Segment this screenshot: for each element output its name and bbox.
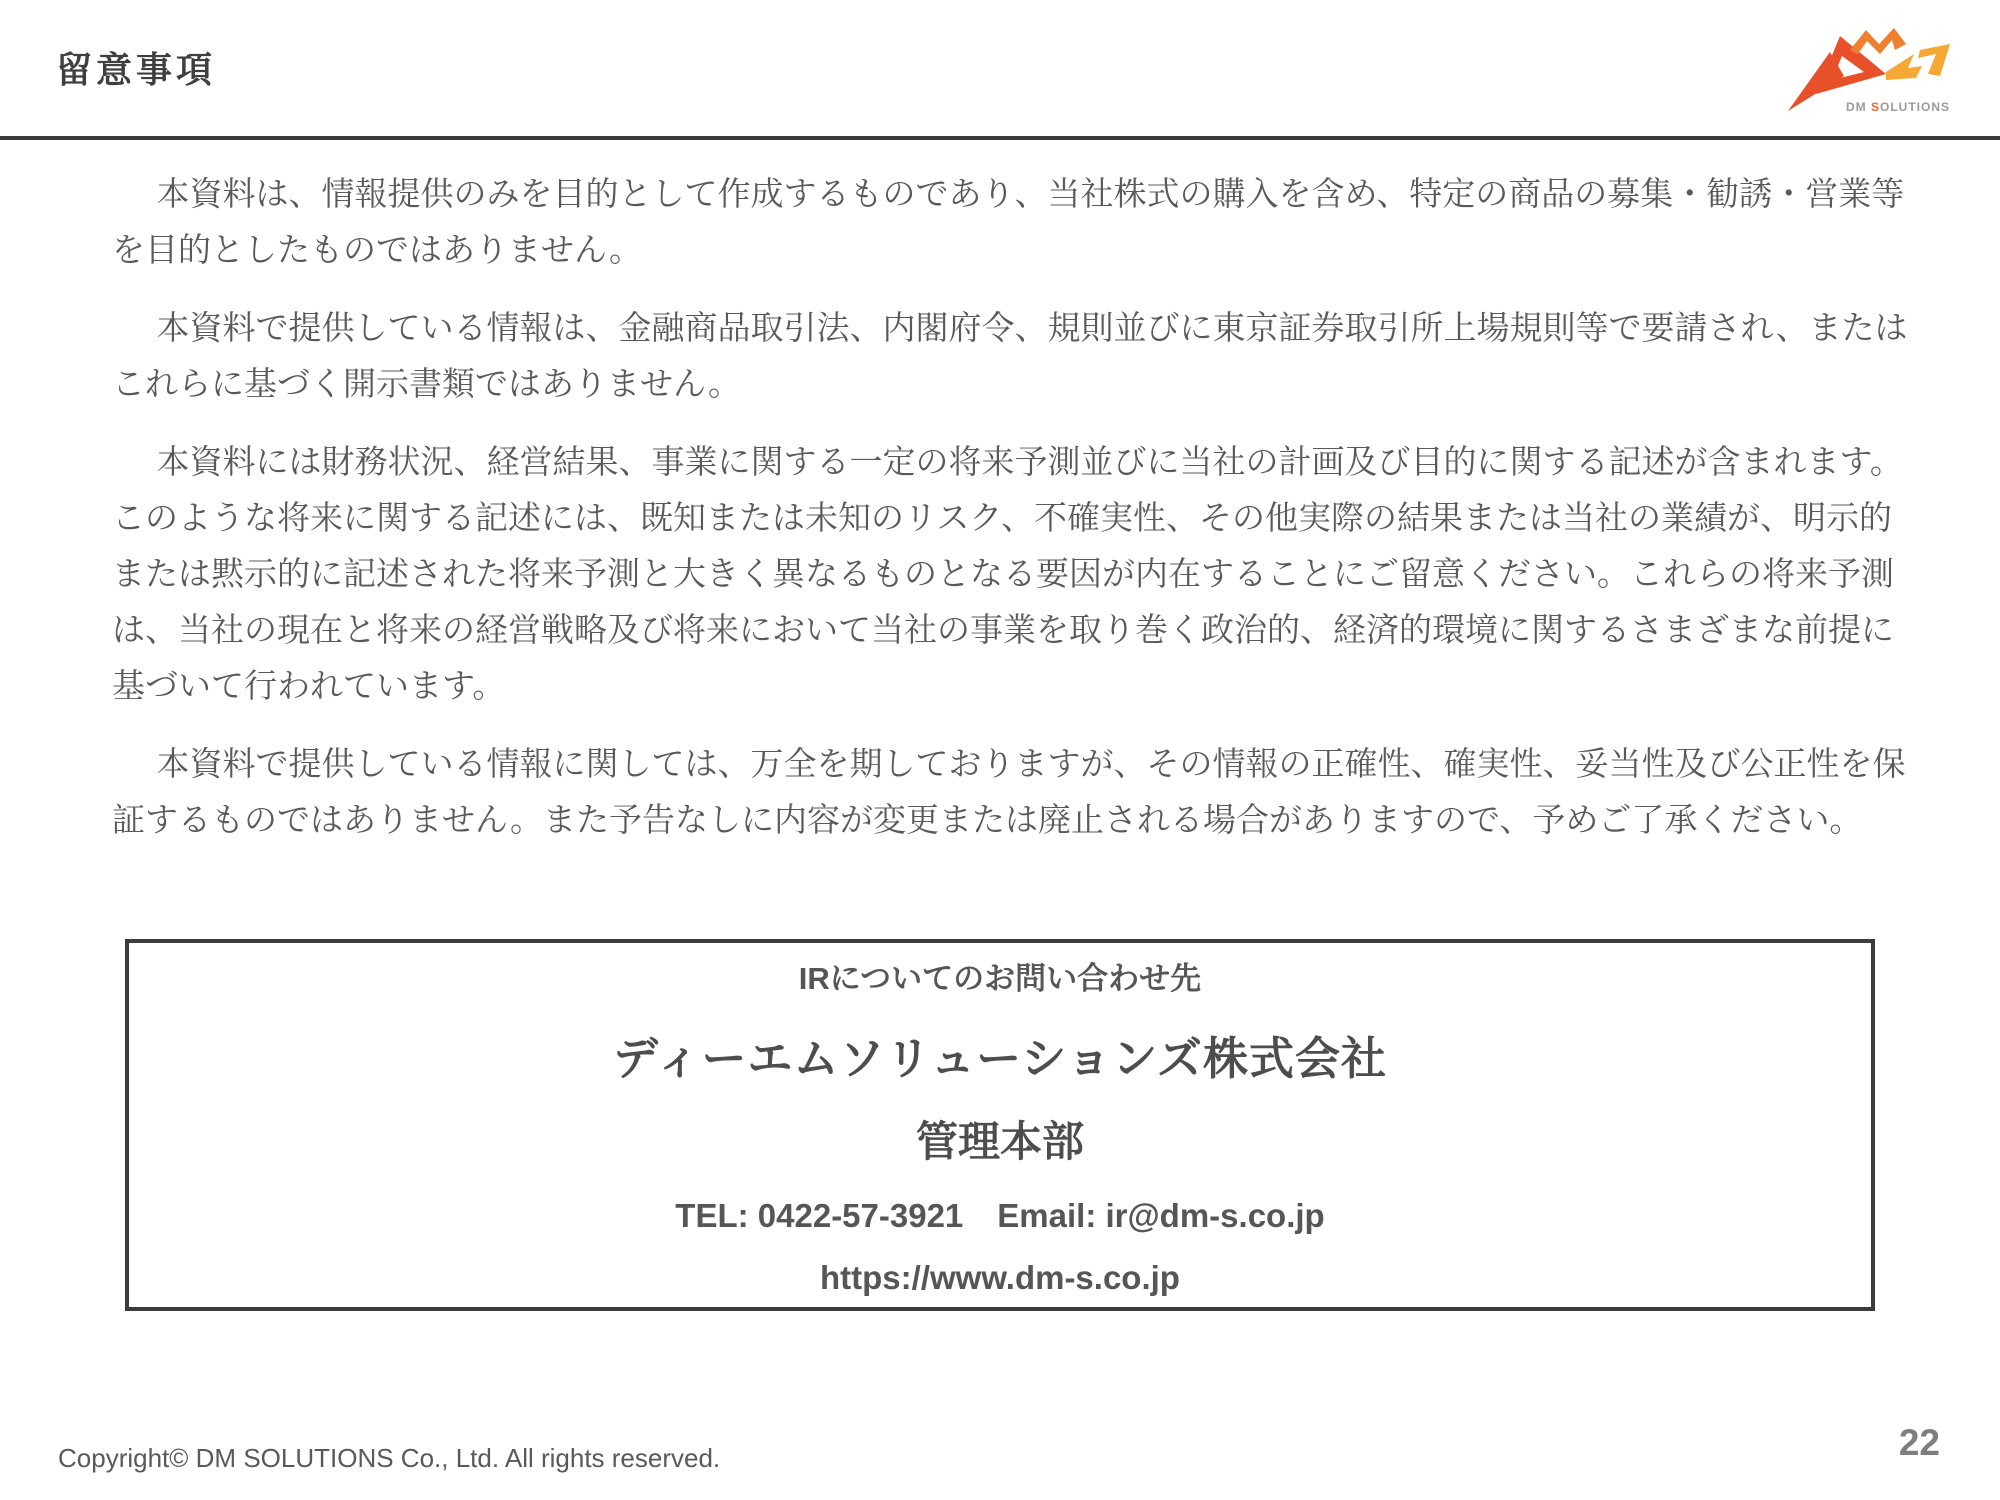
- logo-wordmark: DM SOLUTIONS: [1846, 100, 1950, 114]
- slide-header: 留意事項 DM SOLUTIONS: [0, 0, 2000, 140]
- dm-solutions-logo: DM SOLUTIONS: [1782, 14, 1962, 126]
- contact-company-name: ディーエムソリューションズ株式会社: [613, 1022, 1387, 1087]
- contact-heading: IRについてのお問い合わせ先: [799, 953, 1201, 998]
- disclaimer-paragraph-4: 本資料で提供している情報に関しては、万全を期しておりますが、その情報の正確性、確…: [112, 736, 1912, 848]
- copyright-notice: Copyright© DM SOLUTIONS Co., Ltd. All ri…: [58, 1443, 720, 1474]
- page-title: 留意事項: [56, 42, 216, 93]
- contact-website-url: https://www.dm-s.co.jp: [820, 1259, 1180, 1297]
- disclaimer-text: 本資料は、情報提供のみを目的として作成するものであり、当社株式の購入を含め、特定…: [112, 166, 1912, 870]
- logo-text-s: S: [1871, 100, 1880, 114]
- logo-text-olutions: OLUTIONS: [1880, 100, 1950, 114]
- disclaimer-paragraph-2: 本資料で提供している情報は、金融商品取引法、内閣府令、規則並びに東京証券取引所上…: [112, 300, 1912, 412]
- dm-solutions-logo-icon: [1782, 14, 1962, 114]
- contact-email: Email: ir@dm-s.co.jp: [997, 1197, 1324, 1234]
- ir-contact-box: IRについてのお問い合わせ先 ディーエムソリューションズ株式会社 管理本部 TE…: [125, 939, 1875, 1311]
- page-number: 22: [1899, 1422, 1940, 1464]
- disclaimer-paragraph-3: 本資料には財務状況、経営結果、事業に関する一定の将来予測並びに当社の計画及び目的…: [112, 434, 1912, 714]
- slide-page: 留意事項 DM SOLUTIONS: [0, 0, 2000, 1500]
- disclaimer-paragraph-1: 本資料は、情報提供のみを目的として作成するものであり、当社株式の購入を含め、特定…: [112, 166, 1912, 278]
- contact-tel: TEL: 0422-57-3921: [675, 1197, 963, 1234]
- logo-text-dm: DM: [1846, 100, 1867, 114]
- contact-department: 管理本部: [916, 1109, 1084, 1169]
- contact-tel-email-line: TEL: 0422-57-3921Email: ir@dm-s.co.jp: [675, 1197, 1324, 1235]
